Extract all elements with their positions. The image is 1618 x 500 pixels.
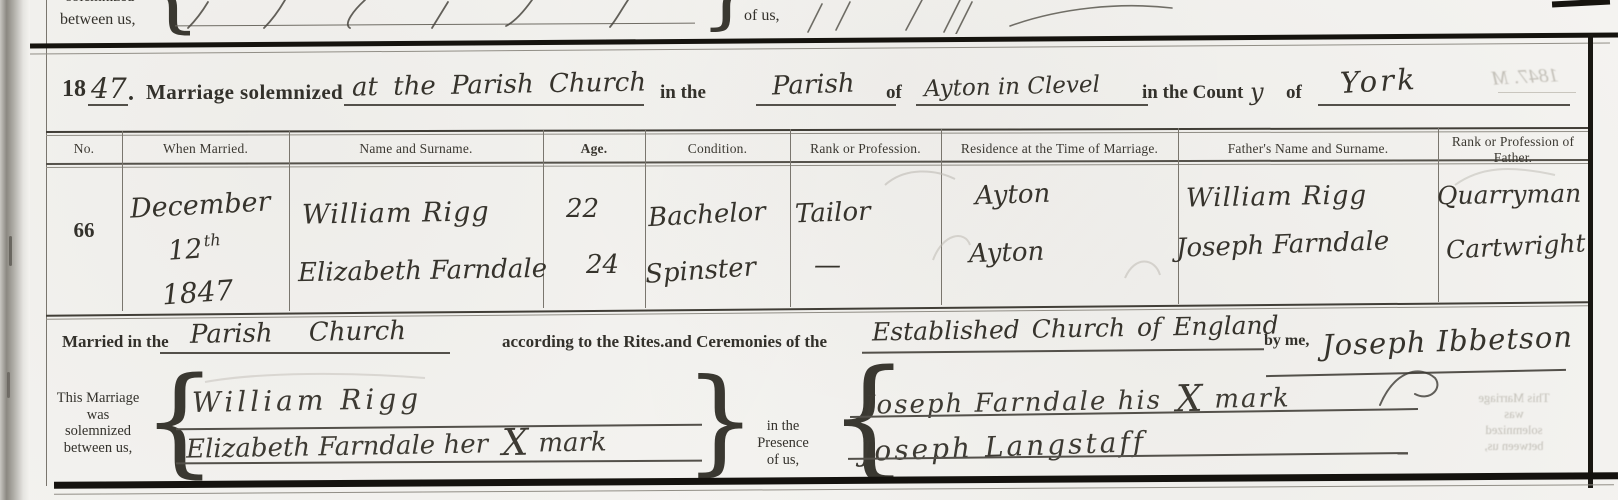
caption-of-1: of (886, 82, 902, 104)
cell-year: 1847 (161, 274, 234, 312)
cell-bride-name: Elizabeth Farndale (298, 254, 548, 288)
column-header-residence: Residence at the Time of Marriage. (941, 141, 1178, 157)
bleedthrough-underline-ghost (1498, 92, 1576, 93)
cell-groom-father: William Rigg (1186, 180, 1368, 213)
prev-record-label-top: solemnized (66, 0, 134, 6)
bride-mark-word: mark (538, 427, 607, 458)
bleedthrough-year-ghost: 1847. M (1491, 64, 1559, 90)
officiant-signature: Joseph Ibbetson (1321, 320, 1573, 363)
label-line: Presence (738, 435, 828, 452)
column-header-no: No. (46, 141, 122, 157)
label-line: This Marriage (42, 390, 154, 407)
column-header-age: Age. (543, 141, 645, 157)
caption-parish-underline (756, 104, 896, 106)
ink-flourish (1375, 360, 1445, 415)
witness1-x-mark: X (1176, 377, 1205, 420)
caption-title: Marriage solemnized (146, 80, 343, 105)
cell-bride-father: Joseph Farndale (1176, 226, 1390, 263)
cell-month: December (129, 186, 271, 224)
bride-signature: Elizabeth Farndale herXmark (186, 416, 607, 466)
rites-established-value: Established Church of England (872, 310, 1279, 346)
presence-label: in the Presence of us, (738, 418, 828, 469)
caption-county-y: y (1250, 78, 1264, 106)
caption-parish-value-underline (916, 104, 1148, 106)
cell-groom-condition: Bachelor (647, 197, 766, 233)
caption-county-value: York (1339, 62, 1418, 100)
cell-groom-profession: Tailor (794, 197, 871, 230)
scanned-register-page: solemnized between us, { } of us, 18 47 … (0, 0, 1618, 500)
ink-ghost-flourish (1120, 250, 1165, 285)
cell-bride-age: 24 (586, 250, 619, 280)
ghost-line: was (1458, 406, 1570, 422)
cell-groom-age: 22 (566, 194, 599, 224)
cell-bride-condition: Spinster (644, 252, 757, 290)
rites-married-in-the: Married in the (62, 332, 169, 352)
ink-smudge (1552, 0, 1610, 8)
caption-place-underline (344, 104, 644, 106)
column-header-rank-profession: Rank or Profession. (790, 141, 941, 157)
label-line: of us, (738, 452, 828, 469)
cell-bride-father-profession: Cartwright (1445, 228, 1586, 264)
ghost-line: This Marriage (1458, 390, 1570, 406)
caption-parish-value: Ayton in Clevel (924, 72, 1101, 103)
caption-in-the: in the (660, 82, 706, 104)
day-ordinal-suffix: th (203, 230, 221, 250)
rites-according-text: according to the Rites.and Ceremonies of… (502, 332, 827, 352)
caption-year-hand: 47 (91, 72, 127, 105)
bleedthrough-label-ghost: This Marriage was solemnized between us, (1458, 390, 1570, 454)
caption-year-dot: . (128, 80, 134, 107)
column-divider (289, 131, 290, 311)
rites-established-underline (862, 348, 1264, 353)
label-line: between us, (42, 440, 154, 457)
ink-ghost-flourish (925, 225, 975, 265)
column-header-when-married: When Married. (122, 141, 289, 157)
caption-parish-word: Parish (772, 69, 856, 102)
ink-ghost-flourish (200, 370, 430, 386)
cell-day: 12th (167, 232, 220, 266)
bride-signature-name: Elizabeth Farndale her (186, 429, 488, 464)
column-divider (122, 131, 123, 311)
ink-flourish (800, 0, 1180, 34)
ghost-line: solemnized (1458, 422, 1570, 438)
caption-county-printed: in the Count (1142, 82, 1243, 104)
right-page-border (1588, 34, 1593, 488)
caption-year-underline (88, 104, 128, 106)
ink-ghost-flourish (880, 165, 960, 190)
rites-church-value: Parish Church (190, 316, 407, 350)
bride-x-mark: X (502, 421, 529, 464)
caption-of-2: of (1286, 82, 1302, 104)
cell-bride-profession: — (814, 250, 841, 281)
prev-record-right-label: of us, (744, 7, 780, 25)
caption-place-value: at the Parish Church (352, 67, 647, 102)
row-bottom-rule (46, 301, 1588, 316)
page-gutter-shadow (0, 0, 30, 500)
caption-county-underline (1318, 104, 1570, 106)
cell-bride-residence: Ayton (968, 237, 1044, 270)
column-header-father-rank: Rank or Profession of Father. (1440, 134, 1586, 166)
groom-signature: William Rigg (192, 382, 423, 419)
column-header-condition: Condition. (645, 141, 790, 157)
day-number: 12 (167, 233, 203, 266)
gutter-mark (7, 372, 10, 398)
rites-by-me: by me, (1264, 332, 1309, 350)
cell-groom-name: William Rigg (302, 196, 490, 230)
label-line: solemnized (42, 423, 154, 440)
column-divider (1438, 128, 1439, 302)
cell-entry-number: 66 (46, 218, 122, 243)
column-header-fathers-name: Father's Name and Surname. (1178, 141, 1438, 157)
label-line: was (42, 407, 154, 424)
ink-flourish (180, 0, 700, 30)
cell-groom-residence: Ayton (974, 179, 1050, 212)
record-separator-rule (30, 32, 1618, 48)
ghost-line: between us, (1458, 438, 1570, 454)
caption-year-printed: 18 (62, 76, 86, 103)
label-line: in the (738, 418, 828, 435)
prev-record-label-bottom: between us, (60, 11, 136, 29)
gutter-mark (9, 236, 12, 266)
ink-ghost-flourish (1450, 163, 1560, 191)
marriage-parties-label: This Marriage was solemnized between us, (42, 390, 154, 456)
column-header-name-surname: Name and Surname. (289, 141, 543, 157)
